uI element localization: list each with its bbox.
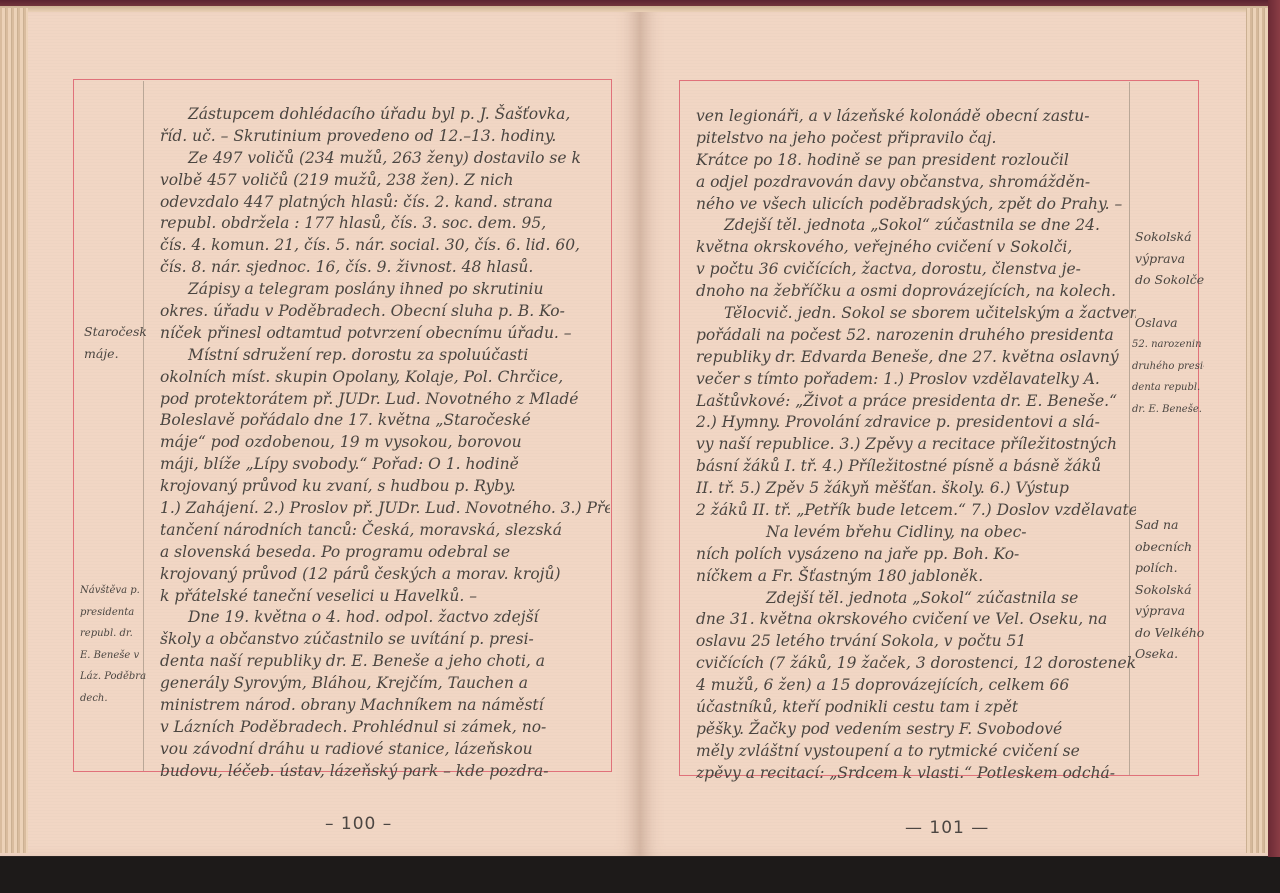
margin-note-benes-birthday: 52. narozenin druhého presi- denta repub… <box>1132 334 1204 420</box>
text-line: máji, blíže „Lípy svobody.“ Pořad: O 1. … <box>160 454 610 476</box>
text-line: 2 žáků II. tř. „Petřík bude letcem.“ 7.)… <box>696 500 1136 522</box>
text-line: školy a občanstvo zúčastnilo se uvítání … <box>160 629 610 651</box>
text-line: Na levém břehu Cidliny, na obec- <box>696 522 1136 544</box>
right-page: ven legionáři, a v lázeňské kolonádě obe… <box>640 6 1268 856</box>
text-line: říd. uč. – Skrutinium provedeno od 12.–1… <box>160 126 610 148</box>
page-number-left: – 100 – <box>325 814 392 834</box>
text-line: máje“ pod ozdobenou, 19 m vysokou, borov… <box>160 432 610 454</box>
text-line: pěšky. Žačky pod vedením sestry F. Svobo… <box>696 719 1136 741</box>
page-edge-top <box>640 6 1268 12</box>
right-page-body: ven legionáři, a v lázeňské kolonádě obe… <box>696 106 1136 785</box>
text-line: Zdejší těl. jednota „Sokol“ zúčastnila s… <box>696 215 1136 237</box>
text-line: Laštůvkové: „Život a práce presidenta dr… <box>696 391 1136 413</box>
text-line: v počtu 36 cvičících, žactva, dorostu, č… <box>696 259 1136 281</box>
text-line: v Lázních Poděbradech. Prohlédnul si zám… <box>160 717 610 739</box>
text-line: pod protektorátem př. JUDr. Lud. Novotné… <box>160 389 610 411</box>
left-page-body: Zástupcem dohlédacího úřadu byl p. J. Ša… <box>160 104 610 783</box>
text-line: 4 mužů, 6 žen) a 15 doprovázejících, cel… <box>696 675 1136 697</box>
page-stack-left <box>0 8 28 853</box>
text-line: Ze 497 voličů (234 mužů, 263 ženy) dosta… <box>160 148 610 170</box>
text-line: II. tř. 5.) Zpěv 5 žákyň měšťan. školy. … <box>696 478 1136 500</box>
text-line: Krátce po 18. hodině se pan president ro… <box>696 150 1136 172</box>
text-line: čís. 8. nár. sjednoc. 16, čís. 9. živnos… <box>160 257 610 279</box>
text-line: pořádali na počest 52. narozenin druhého… <box>696 325 1136 347</box>
text-line: odevzdalo 447 platných hlasů: čís. 2. ka… <box>160 192 610 214</box>
text-line: ministrem národ. obrany Machníkem na nám… <box>160 695 610 717</box>
text-line: Zástupcem dohlédacího úřadu byl p. J. Ša… <box>160 104 610 126</box>
left-page: Staročeské máje. Návštěva p. presidenta … <box>0 6 640 856</box>
text-line: denta naší republiky dr. E. Beneše a jeh… <box>160 651 610 673</box>
margin-note-oslava: Oslava <box>1135 312 1205 334</box>
text-line: pitelstvo na jeho počest připravilo čaj. <box>696 128 1136 150</box>
text-line: krojovaný průvod ku zvaní, s hudbou p. R… <box>160 476 610 498</box>
text-line: ních polích vysázeno na jaře pp. Boh. Ko… <box>696 544 1136 566</box>
book-cover-right <box>1268 0 1280 860</box>
text-line: k přátelské taneční veselici u Havelků. … <box>160 586 610 608</box>
text-line: okres. úřadu v Poděbradech. Obecní sluha… <box>160 301 610 323</box>
margin-note-orchard-and-oseka-trip: Sad na obecních polích. Sokolská výprava… <box>1135 514 1205 665</box>
text-line: a odjel pozdravován davy občanstva, shro… <box>696 172 1136 194</box>
text-line: Dne 19. května o 4. hod. odpol. žactvo z… <box>160 607 610 629</box>
text-line: cvičících (7 žáků, 19 žaček, 3 dorostenc… <box>696 653 1136 675</box>
margin-note-staroceske-maje: Staročeské máje. <box>84 321 146 364</box>
text-line: a slovenská beseda. Po programu odebral … <box>160 542 610 564</box>
text-line: účastníků, kteří podnikli cestu tam i zp… <box>696 697 1136 719</box>
text-line: ven legionáři, a v lázeňské kolonádě obe… <box>696 106 1136 128</box>
text-line: republ. obdržela : 177 hlasů, čís. 3. so… <box>160 213 610 235</box>
text-line: 2.) Hymny. Provolání zdravice p. preside… <box>696 412 1136 434</box>
text-line: dnoho na žebříčku a osmi doprovázejících… <box>696 281 1136 303</box>
text-line: volbě 457 voličů (219 mužů, 238 žen). Z … <box>160 170 610 192</box>
text-line: republiky dr. Edvarda Beneše, dne 27. kv… <box>696 347 1136 369</box>
text-line: okolních míst. skupin Opolany, Kolaje, P… <box>160 367 610 389</box>
text-line: Zdejší těl. jednota „Sokol“ zúčastnila s… <box>696 588 1136 610</box>
text-line: dne 31. května okrskového cvičení ve Vel… <box>696 609 1136 631</box>
text-line: zpěvy a recitací: „Srdcem k vlasti.“ Pot… <box>696 763 1136 785</box>
text-line: oslavu 25 letého trvání Sokola, v počtu … <box>696 631 1136 653</box>
text-line: níček přinesl odtamtud potvrzení obecním… <box>160 323 610 345</box>
page-stack-right <box>1246 8 1268 853</box>
text-line: krojovaný průvod (12 párů českých a mora… <box>160 564 610 586</box>
text-line: Boleslavě pořádalo dne 17. května „Staro… <box>160 410 610 432</box>
text-line: Místní sdružení rep. dorostu za spoluúča… <box>160 345 610 367</box>
text-line: Tělocvič. jedn. Sokol se sborem učitelsk… <box>696 303 1136 325</box>
text-line: níčkem a Fr. Šťastným 180 jabloněk. <box>696 566 1136 588</box>
text-line: večer s tímto pořadem: 1.) Proslov vzděl… <box>696 369 1136 391</box>
text-line: Zápisy a telegram poslány ihned po skrut… <box>160 279 610 301</box>
text-line: května okrskového, veřejného cvičení v S… <box>696 237 1136 259</box>
text-line: vou závodní dráhu u radiové stanice, láz… <box>160 739 610 761</box>
text-line: generály Syrovým, Bláhou, Krejčím, Tauch… <box>160 673 610 695</box>
text-line: básní žáků I. tř. 4.) Příležitostné písn… <box>696 456 1136 478</box>
text-line: budovu, léčeb. ústav, lázeňský park – kd… <box>160 761 610 783</box>
margin-note-president-visit: Návštěva p. presidenta republ. dr. E. Be… <box>80 580 146 709</box>
text-line: vy naší republice. 3.) Zpěvy a recitace … <box>696 434 1136 456</box>
text-line: ného ve všech ulicích poděbradských, zpě… <box>696 194 1136 216</box>
page-edge-top <box>0 6 640 12</box>
margin-note-sokol-trip-sokolec: Sokolská výprava do Sokolče. <box>1135 226 1205 291</box>
text-line: 1.) Zahájení. 2.) Proslov př. JUDr. Lud.… <box>160 498 610 520</box>
text-line: měly zvláštní vystoupení a to rytmické c… <box>696 741 1136 763</box>
background-bottom <box>0 857 1280 893</box>
text-line: čís. 4. komun. 21, čís. 5. nár. social. … <box>160 235 610 257</box>
text-line: tančení národních tanců: Česká, moravská… <box>160 520 610 542</box>
page-number-right: — 101 — <box>905 818 989 838</box>
